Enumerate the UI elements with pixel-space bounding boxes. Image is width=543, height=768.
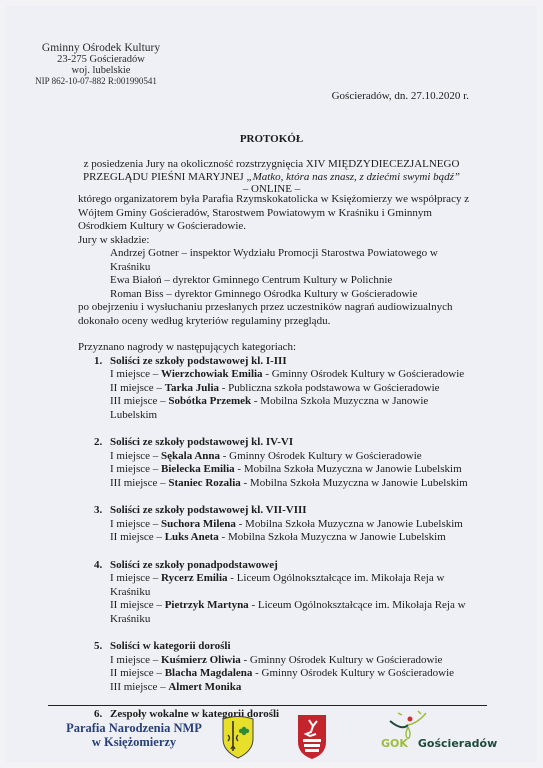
winner-name: Wierzchowiak Emilia	[161, 368, 263, 380]
winner-name: Bielecka Emilia	[161, 463, 235, 475]
gok-short: GOK	[381, 737, 408, 750]
category-title: 4.Soliści ze szkoły ponadpodstawowej	[94, 559, 478, 573]
category-name: Soliści ze szkoły ponadpodstawowej	[110, 559, 278, 573]
winner-name: Tarka Julia	[165, 382, 219, 394]
award-entry: II miejsce – Blacha Magdalena - Gminny O…	[94, 667, 478, 681]
parish-name: Parafia Narodzenia NMP w Księżomierzy	[64, 721, 204, 749]
stamp-postal: 23-275 Gościeradów	[26, 54, 176, 65]
gok-figure-icon	[386, 709, 446, 739]
category-title: 1.Soliści ze szkoły podstawowej kl. I-II…	[94, 355, 478, 369]
award-place: I miejsce –	[110, 518, 161, 530]
award-entry: II miejsce – Luks Aneta - Mobilna Szkoła…	[94, 531, 478, 545]
parish-line-1: Parafia Narodzenia NMP	[64, 721, 204, 735]
award-entry: I miejsce – Wierzchowiak Emilia - Gminny…	[94, 368, 478, 382]
award-entry: III miejsce – Staniec Rozalia - Mobilna …	[94, 477, 478, 491]
category-number: 2.	[94, 436, 110, 450]
winner-organization: - Mobilna Szkoła Muzyczna w Janowie Lube…	[219, 531, 446, 543]
winner-organization: - Mobilna Szkoła Muzyczna w Janowie Lube…	[236, 518, 463, 530]
powiat-coat-of-arms-icon	[297, 714, 327, 760]
footer: Parafia Narodzenia NMP w Księżomierzy	[6, 711, 537, 761]
category-number: 4.	[94, 559, 110, 573]
award-place: I miejsce –	[110, 463, 161, 475]
award-category: 5.Soliści w kategorii dorośliI miejsce –…	[94, 640, 478, 694]
category-number: 3.	[94, 504, 110, 518]
date-line: Gościeradów, dn. 27.10.2020 r.	[332, 90, 469, 102]
award-entry: I miejsce – Sękala Anna - Gminny Ośrodek…	[94, 450, 478, 464]
winner-organization: - Gminny Ośrodek Kultury w Gościeradowie	[241, 654, 443, 666]
winner-organization: - Mobilna Szkoła Muzyczna w Janowie Lube…	[241, 477, 468, 489]
sender-stamp: Gminny Ośrodek Kultury 23-275 Gościeradó…	[26, 43, 176, 87]
winner-organization: - Gminny Ośrodek Kultury w Gościeradowie	[220, 450, 422, 462]
winner-name: Pietrzyk Martyna	[165, 599, 249, 611]
category-number: 1.	[94, 355, 110, 369]
award-place: II miejsce –	[110, 599, 165, 611]
event-motto: „Matko, która nas znasz, z dziećmi swymi…	[246, 171, 460, 183]
gok-logo: GOKGościeradów	[366, 713, 516, 759]
jury-label: Jury w składzie:	[78, 234, 478, 248]
award-entry: I miejsce – Suchora Milena - Mobilna Szk…	[94, 518, 478, 532]
winner-name: Rycerz Emilia	[161, 572, 228, 584]
subtitle-line-1: z posiedzenia Jury na okoliczność rozstr…	[6, 158, 537, 171]
award-category: 3.Soliści ze szkoły podstawowej kl. VII-…	[94, 504, 478, 545]
jury-member: Roman Biss – dyrektor Gminnego Ośrodka K…	[78, 288, 478, 302]
winner-name: Blacha Magdalena	[165, 667, 253, 679]
category-name: Soliści ze szkoły podstawowej kl. I-III	[110, 355, 287, 369]
award-entry: I miejsce – Kuśmierz Oliwia - Gminny Ośr…	[94, 654, 478, 668]
winner-name: Luks Aneta	[165, 531, 219, 543]
award-category: 2.Soliści ze szkoły podstawowej kl. IV-V…	[94, 436, 478, 490]
award-place: II miejsce –	[110, 531, 165, 543]
winner-name: Kuśmierz Oliwia	[161, 654, 241, 666]
award-place: I miejsce –	[110, 654, 161, 666]
category-number: 5.	[94, 640, 110, 654]
gmina-coat-of-arms-icon	[221, 715, 255, 759]
award-place: II miejsce –	[110, 382, 165, 394]
subtitle-line-2: PRZEGLĄDU PIEŚNI MARYJNEJ „Matko, która …	[6, 171, 537, 184]
award-categories: 1.Soliści ze szkoły podstawowej kl. I-II…	[78, 355, 478, 722]
award-entry: II miejsce – Tarka Julia - Publiczna szk…	[94, 382, 478, 396]
award-category: 4.Soliści ze szkoły ponadpodstawowejI mi…	[94, 559, 478, 627]
winner-organization: - Publiczna szkoła podstawowa w Gościera…	[219, 382, 440, 394]
award-place: I miejsce –	[110, 368, 161, 380]
award-place: III miejsce –	[110, 681, 168, 693]
award-place: II miejsce –	[110, 667, 165, 679]
awards-intro: Przyznano nagrody w następujących katego…	[78, 341, 478, 355]
gok-wordmark: GOKGościeradów	[381, 737, 497, 750]
winner-name: Sękala Anna	[161, 450, 220, 462]
document-body: którego organizatorem była Parafia Rzyms…	[78, 193, 478, 736]
jury-list: Andrzej Gotner – inspektor Wydziału Prom…	[78, 247, 478, 301]
winner-organization: - Gminny Ośrodek Kultury w Gościeradowie	[263, 368, 465, 380]
award-place: III miejsce –	[110, 477, 168, 489]
category-title: 3.Soliści ze szkoły podstawowej kl. VII-…	[94, 504, 478, 518]
award-place: I miejsce –	[110, 450, 161, 462]
category-title: 2.Soliści ze szkoły podstawowej kl. IV-V…	[94, 436, 478, 450]
stamp-organization: Gminny Ośrodek Kultury	[26, 43, 176, 54]
winner-organization: - Gminny Ośrodek Kultury w Gościeradowie	[252, 667, 454, 679]
stamp-nip: NIP 862-10-07-882 R:001990541	[16, 76, 176, 87]
document-subtitle: z posiedzenia Jury na okoliczność rozstr…	[6, 158, 537, 196]
jury-member: Ewa Białoń – dyrektor Gminnego Centrum K…	[78, 274, 478, 288]
award-place: I miejsce –	[110, 572, 161, 584]
subtitle-prefix: PRZEGLĄDU PIEŚNI MARYJNEJ	[83, 171, 247, 183]
document-title: PROTOKÓŁ	[6, 133, 537, 145]
winner-name: Almert Monika	[168, 681, 241, 693]
category-name: Soliści ze szkoły podstawowej kl. IV-VI	[110, 436, 293, 450]
award-entry: I miejsce – Rycerz Emilia - Liceum Ogóln…	[94, 572, 478, 599]
parish-line-2: w Księżomierzy	[64, 735, 204, 749]
award-entry: III miejsce – Almert Monika	[94, 681, 478, 695]
intro-paragraph: którego organizatorem była Parafia Rzyms…	[78, 193, 478, 234]
category-name: Soliści ze szkoły podstawowej kl. VII-VI…	[110, 504, 307, 518]
winner-name: Suchora Milena	[161, 518, 236, 530]
winner-name: Staniec Rozalia	[168, 477, 240, 489]
category-name: Soliści w kategorii dorośli	[110, 640, 231, 654]
award-category: 1.Soliści ze szkoły podstawowej kl. I-II…	[94, 355, 478, 423]
footer-divider	[48, 705, 487, 706]
award-entry: II miejsce – Pietrzyk Martyna - Liceum O…	[94, 599, 478, 626]
document-page: Gminny Ośrodek Kultury 23-275 Gościeradó…	[6, 6, 537, 762]
winner-organization: - Mobilna Szkoła Muzyczna w Janowie Lube…	[235, 463, 462, 475]
gok-name: Gościeradów	[418, 737, 497, 750]
jury-member: Andrzej Gotner – inspektor Wydziału Prom…	[78, 247, 478, 274]
award-entry: I miejsce – Bielecka Emilia - Mobilna Sz…	[94, 463, 478, 477]
award-entry: III miejsce – Sobótka Przemek - Mobilna …	[94, 395, 478, 422]
winner-name: Sobótka Przemek	[168, 395, 251, 407]
category-title: 5.Soliści w kategorii dorośli	[94, 640, 478, 654]
evaluation-paragraph: po obejrzeniu i wysłuchaniu przesłanych …	[78, 301, 478, 328]
award-place: III miejsce –	[110, 395, 168, 407]
stamp-region: woj. lubelskie	[26, 65, 176, 76]
